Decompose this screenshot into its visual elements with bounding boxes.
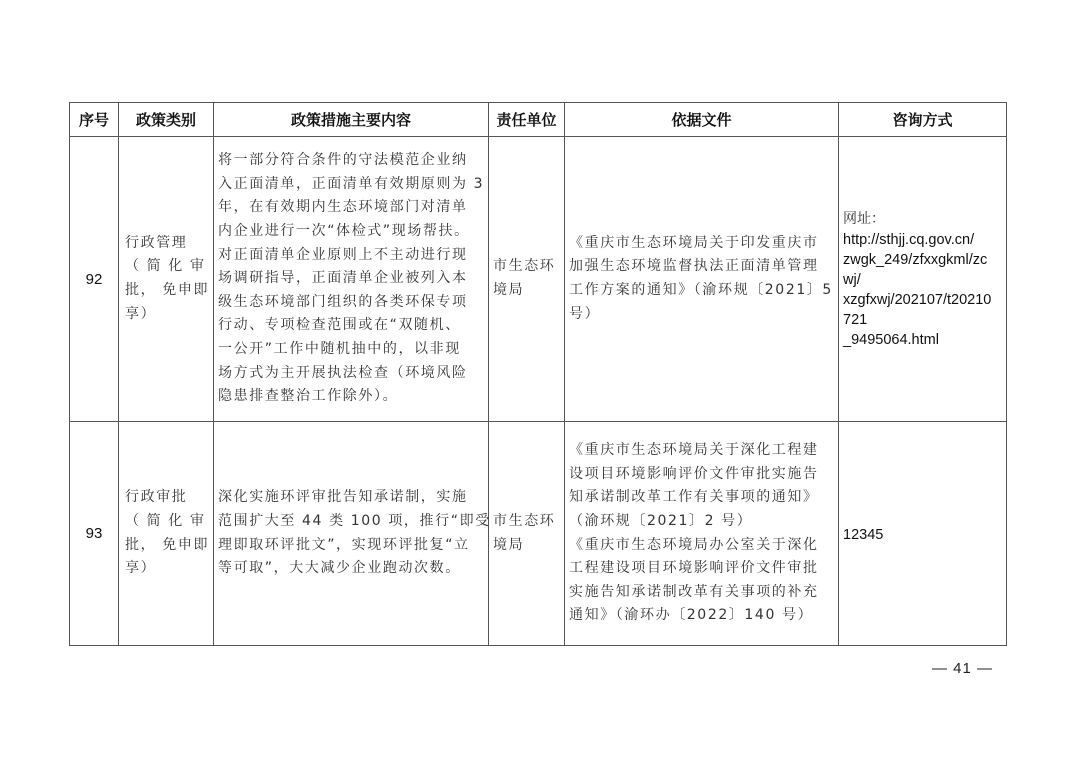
header-responsible-unit: 责任单位 <box>489 103 565 137</box>
basis-line: 《重庆市生态环境局关于深化工程建 <box>569 439 834 463</box>
header-basis-document: 依据文件 <box>565 103 839 137</box>
category-line: 享） <box>125 303 209 327</box>
hotline-number: 12345 <box>839 527 883 543</box>
row-number: 93 <box>70 422 119 646</box>
content-line: 行动、专项检查范围或在“双随机、 <box>218 314 484 338</box>
responsible-unit-cell: 市生态环 境局 <box>489 137 565 422</box>
policy-content-cell: 深化实施环评审批告知承诺制，实施 范围扩大至 44 类 100 项，推行“即受 … <box>214 422 489 646</box>
policy-category-cell: 行政审批 （ 简 化 审 批， 免申即 享） <box>119 422 214 646</box>
content-line: 范围扩大至 44 类 100 项，推行“即受 <box>218 510 484 534</box>
content-line: 理即取环评批文”，实现环评批复“立 <box>218 534 484 558</box>
content-line: 对正面清单企业原则上不主动进行现 <box>218 244 484 268</box>
content-line: 将一部分符合条件的守法模范企业纳 <box>218 149 484 173</box>
unit-line: 境局 <box>493 534 560 558</box>
basis-line: 知承诺制改革工作有关事项的通知》 <box>569 486 834 510</box>
table-row: 92 行政管理 （ 简 化 审 批， 免申即 享） 将一部分符合条件的守法模范企… <box>70 137 1007 422</box>
content-line: 一公开”工作中随机抽中的，以非现 <box>218 338 484 362</box>
basis-line: 加强生态环境监督执法正面清单管理 <box>569 255 834 279</box>
url-line: wj/ <box>843 270 1002 290</box>
content-line: 隐患排查整治工作除外）。 <box>218 385 484 409</box>
category-line: （ 简 化 审 <box>125 510 209 534</box>
header-policy-content: 政策措施主要内容 <box>214 103 489 137</box>
policy-category-cell: 行政管理 （ 简 化 审 批， 免申即 享） <box>119 137 214 422</box>
url-line: zwgk_249/zfxxgkml/zc <box>843 250 1002 270</box>
document-page: 序号 政策类别 政策措施主要内容 责任单位 依据文件 咨询方式 92 行政管理 … <box>0 0 1074 757</box>
header-consultation-method: 咨询方式 <box>839 103 1007 137</box>
basis-line: 号） <box>569 303 834 327</box>
basis-line: 设项目环境影响评价文件审批实施告 <box>569 463 834 487</box>
consultation-cell: 网址： http://sthjj.cq.gov.cn/ zwgk_249/zfx… <box>839 137 1007 422</box>
content-line: 入正面清单，正面清单有效期原则为 3 <box>218 173 484 197</box>
content-line: 深化实施环评审批告知承诺制，实施 <box>218 486 484 510</box>
header-serial-number: 序号 <box>70 103 119 137</box>
url-line: 721 <box>843 310 1002 330</box>
content-line: 级生态环境部门组织的各类环保专项 <box>218 291 484 315</box>
header-policy-category: 政策类别 <box>119 103 214 137</box>
content-line: 年，在有效期内生态环境部门对清单 <box>218 196 484 220</box>
consultation-cell: 12345 <box>839 422 1007 646</box>
basis-line: 通知》（渝环办〔2022〕140 号） <box>569 604 834 628</box>
basis-line: 工程建设项目环境影响评价文件审批 <box>569 557 834 581</box>
category-line: 享） <box>125 557 209 581</box>
content-line: 等可取”，大大减少企业跑动次数。 <box>218 557 484 581</box>
table-header-row: 序号 政策类别 政策措施主要内容 责任单位 依据文件 咨询方式 <box>70 103 1007 137</box>
url-line: http://sthjj.cq.gov.cn/ <box>843 230 1002 250</box>
content-line: 场调研指导，正面清单企业被列入本 <box>218 267 484 291</box>
responsible-unit-cell: 市生态环 境局 <box>489 422 565 646</box>
policy-table: 序号 政策类别 政策措施主要内容 责任单位 依据文件 咨询方式 92 行政管理 … <box>69 102 1007 646</box>
table-row: 93 行政审批 （ 简 化 审 批， 免申即 享） 深化实施环评审批告知承诺制，… <box>70 422 1007 646</box>
content-line: 场方式为主开展执法检查（环境风险 <box>218 362 484 386</box>
category-line: 行政管理 <box>125 232 209 256</box>
unit-line: 市生态环 <box>493 510 560 534</box>
category-line: 批， 免申即 <box>125 534 209 558</box>
basis-line: 工作方案的通知》（渝环规〔2021〕5 <box>569 279 834 303</box>
unit-line: 境局 <box>493 279 560 303</box>
category-line: 行政审批 <box>125 486 209 510</box>
category-line: （ 简 化 审 <box>125 255 209 279</box>
basis-line: 《重庆市生态环境局关于印发重庆市 <box>569 232 834 256</box>
basis-line: 《重庆市生态环境局办公室关于深化 <box>569 534 834 558</box>
website-label: 网址： <box>843 208 1002 230</box>
page-number: — 41 — <box>932 660 993 677</box>
unit-line: 市生态环 <box>493 255 560 279</box>
url-line: _9495064.html <box>843 330 1002 350</box>
row-number: 92 <box>70 137 119 422</box>
basis-document-cell: 《重庆市生态环境局关于印发重庆市 加强生态环境监督执法正面清单管理 工作方案的通… <box>565 137 839 422</box>
basis-line: 实施告知承诺制改革有关事项的补充 <box>569 581 834 605</box>
policy-content-cell: 将一部分符合条件的守法模范企业纳 入正面清单，正面清单有效期原则为 3 年，在有… <box>214 137 489 422</box>
basis-document-cell: 《重庆市生态环境局关于深化工程建 设项目环境影响评价文件审批实施告 知承诺制改革… <box>565 422 839 646</box>
content-line: 内企业进行一次“体检式”现场帮扶。 <box>218 220 484 244</box>
category-line: 批， 免申即 <box>125 279 209 303</box>
policy-document-link[interactable]: http://sthjj.cq.gov.cn/ zwgk_249/zfxxgkm… <box>843 230 1002 350</box>
url-line: xzgfxwj/202107/t20210 <box>843 290 1002 310</box>
basis-line: （渝环规〔2021〕2 号） <box>569 510 834 534</box>
